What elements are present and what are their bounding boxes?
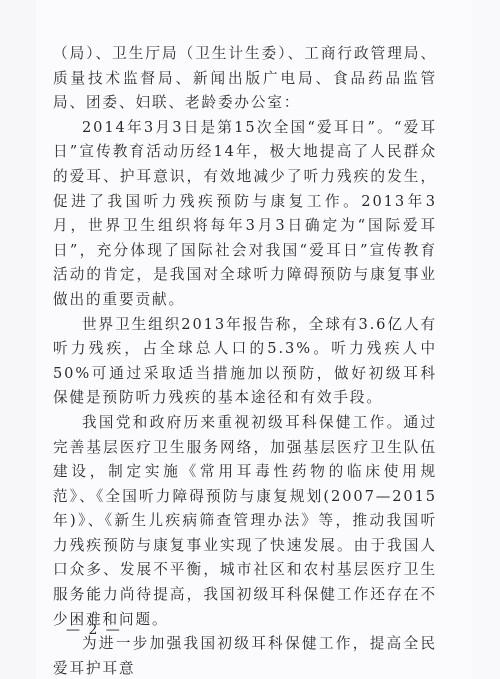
paragraph-who-report: 世界卫生组织2013年报告称，全球有3.6亿人有听力残疾，占全球总人口的5.3%… [53, 313, 437, 411]
page-edge [473, 0, 500, 679]
paragraph-recipients: （局）、卫生厅局（卫生计生委）、工商行政管理局、质量技术监督局、新闻出版广电局、… [53, 42, 437, 116]
paragraph-government-efforts: 我国党和政府历来重视初级耳科保健工作。通过完善基层医疗卫生服务网络，加强基层医疗… [53, 411, 437, 632]
paragraph-ear-day: 2014年3月3日是第15次全国“爱耳日”。“爱耳日”宣传教育活动历经14年，极… [53, 116, 437, 313]
document-body: （局）、卫生厅局（卫生计生委）、工商行政管理局、质量技术监督局、新闻出版广电局、… [53, 42, 437, 679]
page-number: — 2 — [66, 622, 122, 638]
paragraph-further-strengthen: 为进一步加强我国初级耳科保健工作，提高全民爱耳护耳意 [53, 632, 437, 679]
